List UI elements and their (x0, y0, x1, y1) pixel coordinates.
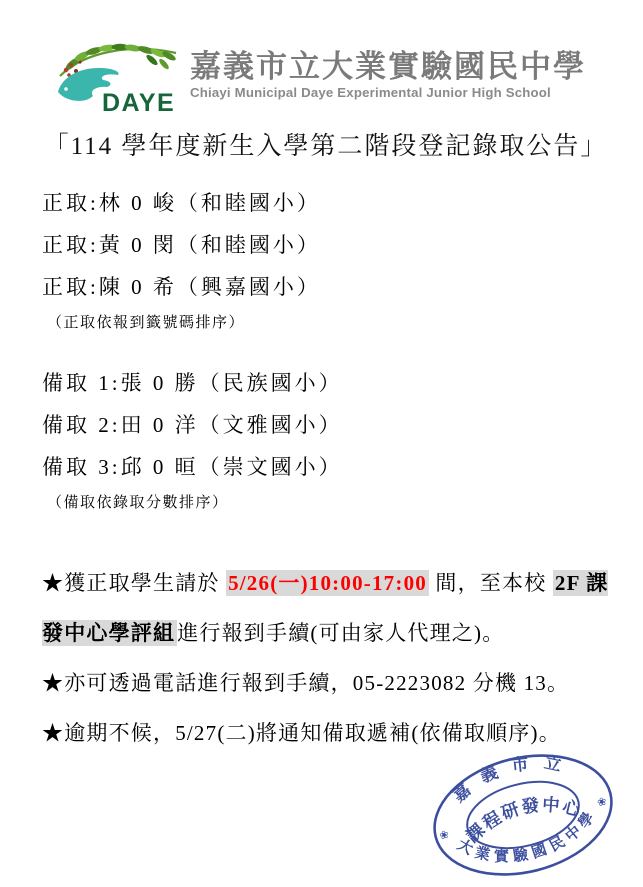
stamp-flower-left-icon: ❀ (438, 829, 450, 843)
stamp-flower-right-icon: ❀ (596, 796, 608, 810)
admitted-row: 正取:黃 0 閔（和睦國小） (42, 224, 609, 266)
admitted-row: 正取:陳 0 希（興嘉國小） (42, 266, 609, 308)
phone-notice: ★亦可透過電話進行報到手續，05-2223082 分機 13。 (42, 658, 614, 708)
checkin-notice: ★獲正取學生請於 5/26(一)10:00-17:00 間，至本校 2F 課發中… (42, 558, 614, 658)
school-name-en: Chiayi Municipal Daye Experimental Junio… (190, 85, 586, 100)
checkin-time-highlight: 5/26(一)10:00-17:00 (226, 570, 429, 596)
checkin-notice-middle: 間，至本校 (429, 571, 553, 595)
school-titles: 嘉義市立大業實驗國民中學 Chiayi Municipal Daye Exper… (190, 50, 586, 100)
admitted-row: 正取:林 0 峻（和睦國小） (42, 182, 609, 224)
admitted-section: 正取:林 0 峻（和睦國小） 正取:黃 0 閔（和睦國小） 正取:陳 0 希（興… (42, 182, 609, 334)
school-name-zh: 嘉義市立大業實驗國民中學 (190, 50, 586, 83)
checkin-notice-prefix: ★獲正取學生請於 (42, 571, 226, 595)
school-logo: DAYE (54, 40, 182, 118)
waitlist-note: （備取依錄取分數排序） (42, 493, 609, 514)
olive-branch-icon (60, 44, 177, 77)
notices-section: ★獲正取學生請於 5/26(一)10:00-17:00 間，至本校 2F 課發中… (42, 558, 614, 758)
waitlist-row: 備取 3:邱 0 晅（崇文國小） (42, 446, 609, 488)
official-stamp: 嘉義市立 大業實驗國民中學 課程研發中心 ❀ ❀ (424, 746, 622, 887)
waitlist-section: 備取 1:張 0 勝（民族國小） 備取 2:田 0 洋（文雅國小） 備取 3:邱… (42, 362, 609, 514)
announcement-page: DAYE 嘉義市立大業實驗國民中學 Chiayi Municipal Daye … (0, 0, 643, 887)
admitted-note: （正取依報到籤號碼排序） (42, 313, 609, 334)
waitlist-row: 備取 2:田 0 洋（文雅國小） (42, 404, 609, 446)
waitlist-row: 備取 1:張 0 勝（民族國小） (42, 362, 609, 404)
logo-daye-text: DAYE (102, 89, 175, 117)
checkin-notice-suffix: 進行報到手續(可由家人代理之)。 (177, 621, 504, 645)
announcement-title: 「114 學年度新生入學第二階段登記錄取公告」 (42, 126, 609, 162)
school-header: DAYE 嘉義市立大業實驗國民中學 Chiayi Municipal Daye … (54, 40, 609, 118)
